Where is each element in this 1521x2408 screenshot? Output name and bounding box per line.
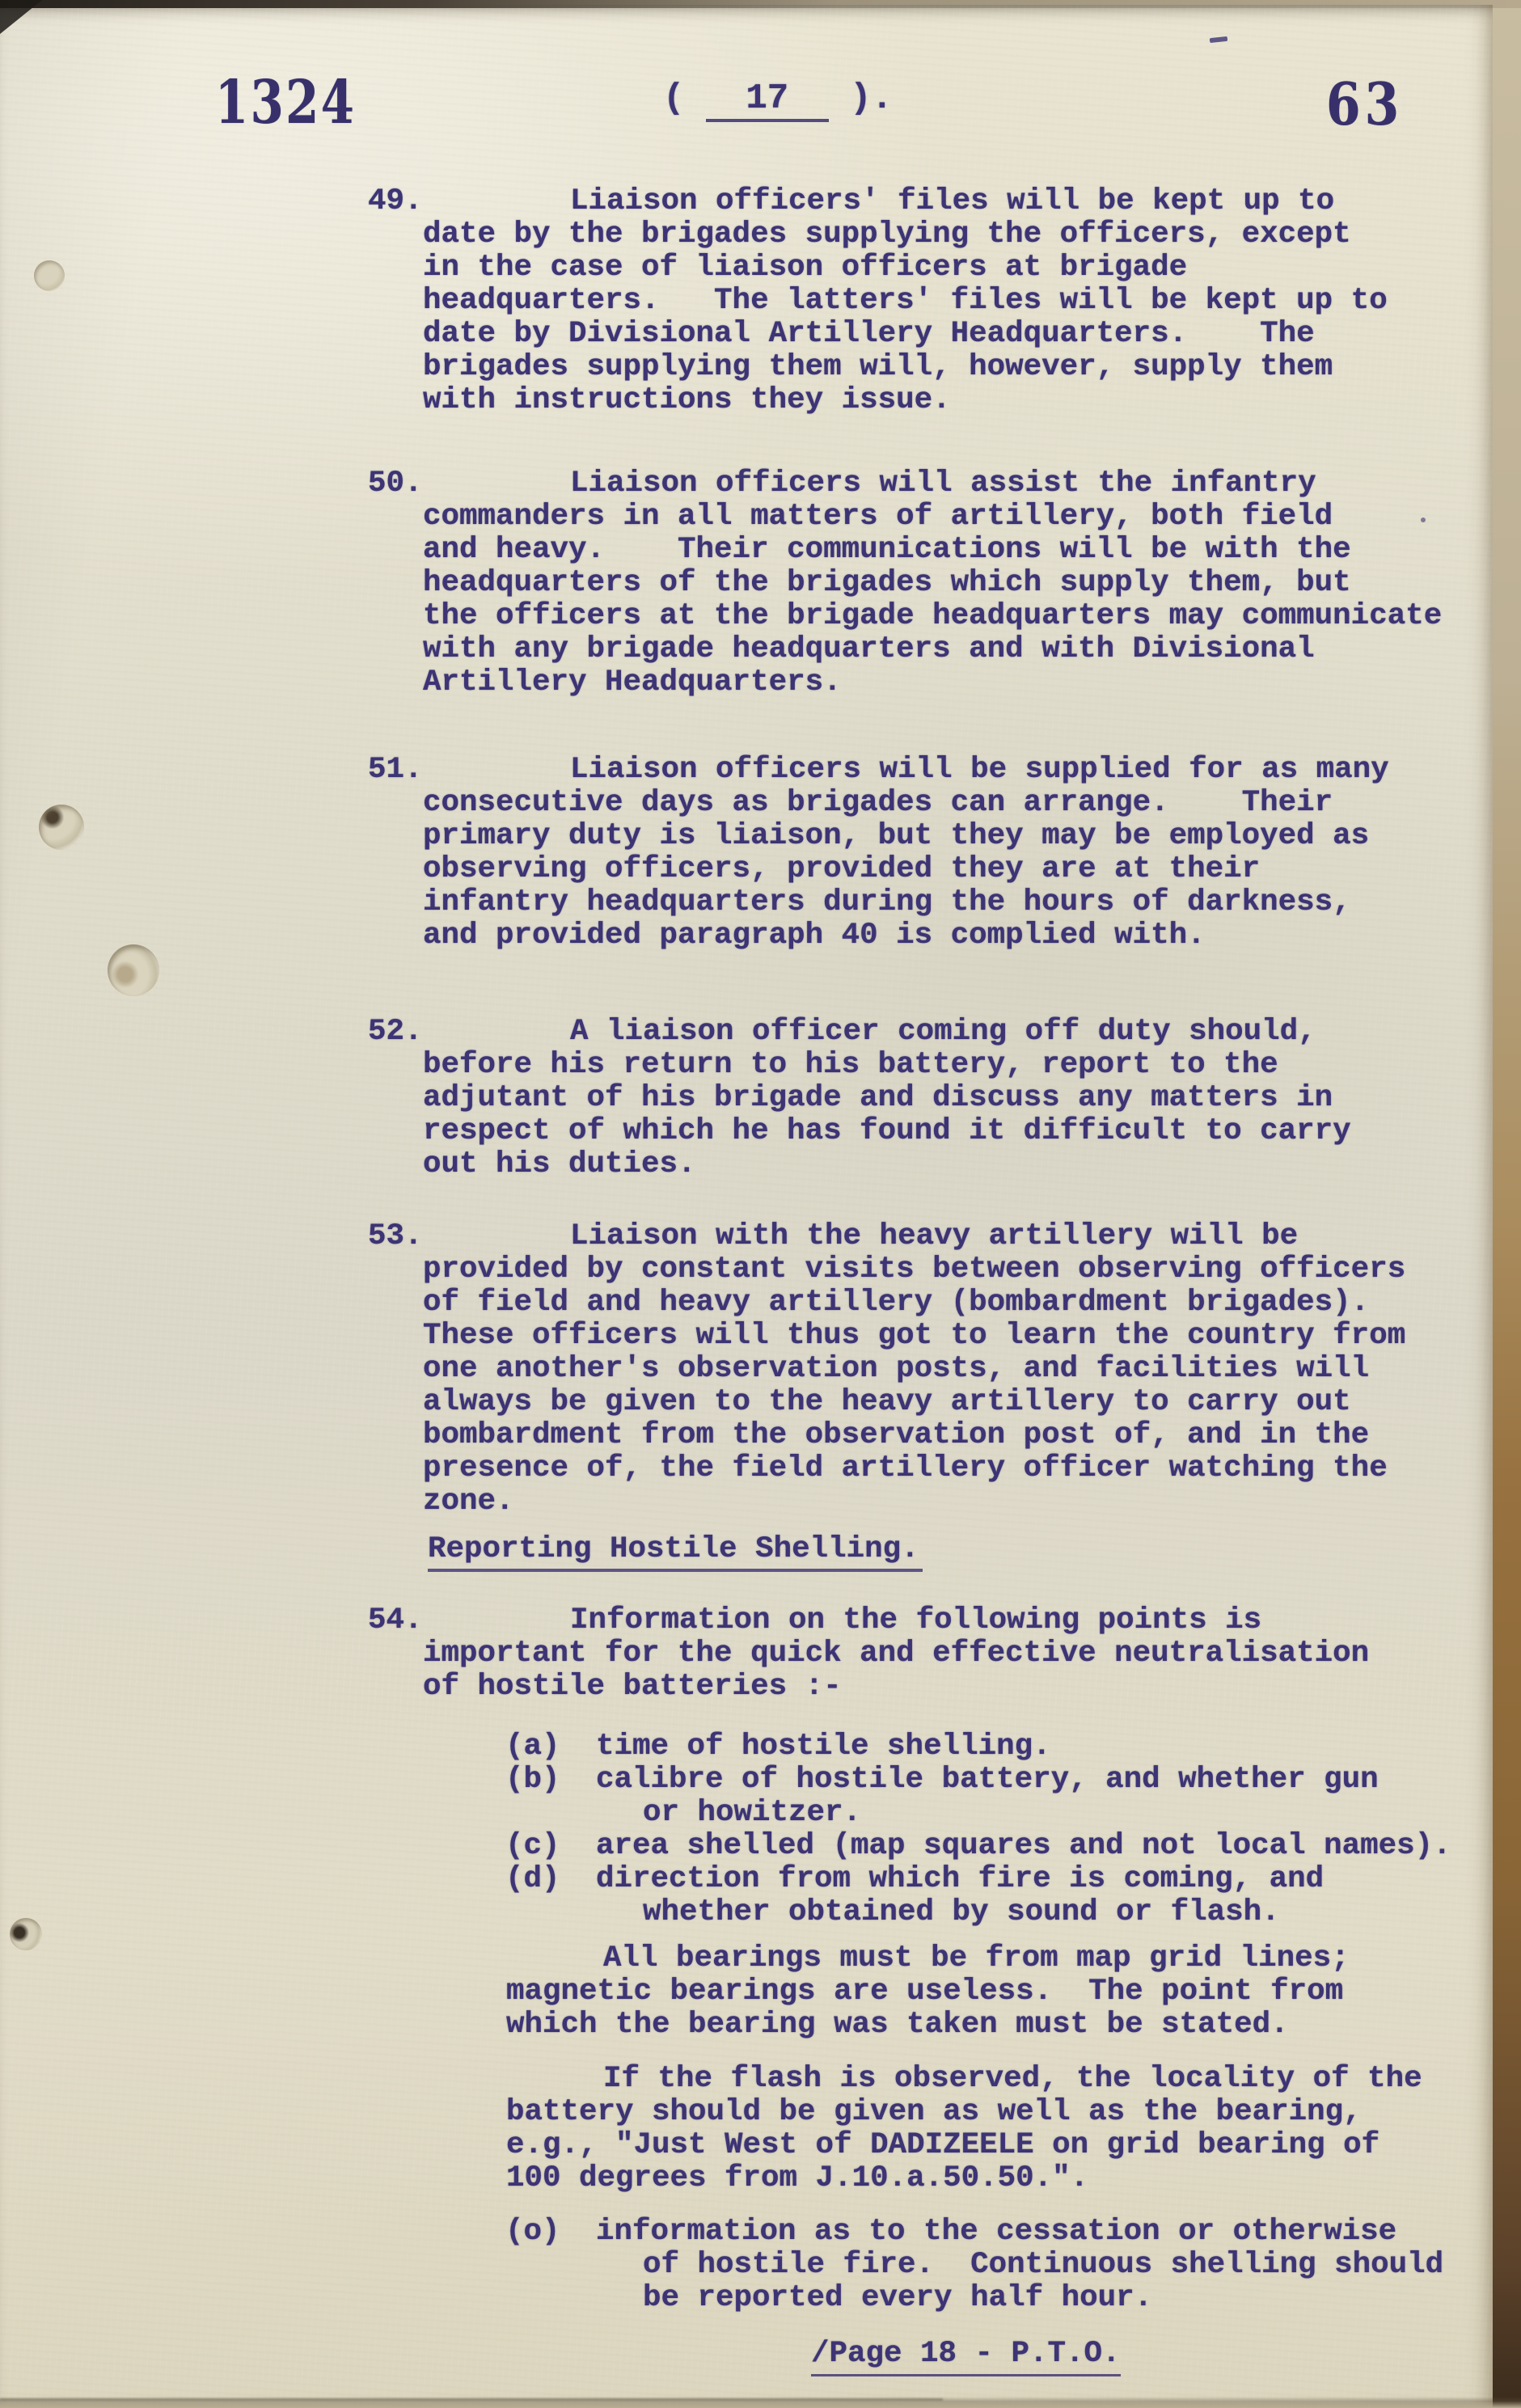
section-heading-text: Reporting Hostile Shelling. [428,1532,923,1572]
typed-line: of hostile batteries :- [423,1671,1490,1704]
typed-line: be reported every half hour. [596,2282,1521,2315]
typed-line: brigades supplying them will, however, s… [423,351,1490,384]
typed-line: headquarters of the brigades which suppl… [423,567,1490,600]
ink-speck [608,1263,612,1270]
typed-line: headquarters. The latters' files will be… [423,285,1490,318]
typed-line: of field and heavy artillery (bombardmen… [423,1286,1490,1320]
paragraph-number: 50. [368,467,423,501]
paragraph-number: 49. [368,185,423,218]
ink-speck [1421,518,1426,522]
typed-line: zone. [423,1485,1490,1519]
list-item: (d)direction from which fire is coming, … [596,1863,1521,1929]
typed-line: Information on the following points is [423,1604,1490,1637]
typed-line: Liaison officers will be supplied for as… [423,754,1490,787]
list-marker: (a) [505,1730,560,1764]
typed-line: and heavy. Their communications will be … [423,534,1490,567]
typed-paragraph: 50.Liaison officers will assist the infa… [423,467,1490,699]
typed-line: one another's observation posts, and fac… [423,1353,1490,1386]
typed-line: These officers will thus got to learn th… [423,1320,1490,1353]
paragraph-number: 54. [368,1604,423,1637]
typed-line: out his duties. [423,1148,1490,1181]
section-heading: Reporting Hostile Shelling. [428,1532,1495,1572]
typed-line: area shelled (map squares and not local … [596,1830,1521,1863]
list-item: (b)calibre of hostile battery, and wheth… [596,1764,1521,1830]
typed-line: with any brigade headquarters and with D… [423,633,1490,666]
typed-line: observing officers, provided they are at… [423,853,1490,886]
typed-subparagraph: All bearings must be from map grid lines… [506,1942,1521,2042]
typed-line: calibre of hostile battery, and whether … [596,1764,1521,1797]
list-marker: (d) [505,1863,560,1896]
typed-line: Liaison officers' files will be kept up … [423,185,1490,218]
list-item: (a)time of hostile shelling. [596,1730,1521,1764]
paragraph-number: 53. [368,1220,423,1253]
typed-line: infantry headquarters during the hours o… [423,886,1490,919]
typed-line: of hostile fire. Continuous shelling sho… [596,2249,1521,2282]
typed-paragraph: 53.Liaison with the heavy artillery will… [423,1220,1490,1519]
typed-line: which the bearing was taken must be stat… [506,2009,1521,2042]
typed-paragraph: 54.Information on the following points i… [423,1604,1490,1704]
typed-line: with instructions they issue. [423,384,1490,417]
scanned-document-photo: { "page": { "stamp_left": "1324", "page_… [0,0,1521,2408]
list-marker: (c) [505,1830,560,1863]
typed-line: battery should be given as well as the b… [506,2096,1521,2129]
page-bottom-edge [0,2397,1521,2408]
typed-line: time of hostile shelling. [596,1730,1521,1764]
typed-line: Liaison officers will assist the infantr… [423,467,1490,501]
typed-line: Liaison with the heavy artillery will be [423,1220,1490,1253]
paragraph-number: 52. [368,1016,423,1049]
typed-paragraph: 52.A liaison officer coming off duty sho… [423,1016,1490,1181]
typed-line: information as to the cessation or other… [596,2216,1521,2249]
list-marker: (b) [505,1764,560,1797]
typed-line: direction from which fire is coming, and [596,1863,1521,1896]
typed-line: All bearings must be from map grid lines… [506,1942,1521,1975]
typed-line: 100 degrees from J.10.a.50.50.". [506,2162,1521,2195]
typed-line: If the flash is observed, the locality o… [506,2063,1521,2096]
typed-line: whether obtained by sound or flash. [596,1896,1521,1929]
list-marker: (o) [505,2216,560,2249]
typed-line: in the case of liaison officers at briga… [423,251,1490,285]
typed-subparagraph: If the flash is observed, the locality o… [506,2063,1521,2195]
typed-line: date by Divisional Artillery Headquarter… [423,318,1490,351]
typed-line: Artillery Headquarters. [423,666,1490,699]
page-footer: /Page 18 - P.T.O. [811,2338,1121,2376]
typed-line: before his return to his battery, report… [423,1049,1490,1082]
typed-paragraph: 51.Liaison officers will be supplied for… [423,754,1490,953]
typed-line: or howitzer. [596,1797,1521,1830]
typed-line: magnetic bearings are useless. The point… [506,1975,1521,2009]
typed-line: adjutant of his brigade and discuss any … [423,1082,1490,1115]
paragraph-number: 51. [368,754,423,787]
list-item: (o)information as to the cessation or ot… [596,2216,1521,2315]
typed-line: the officers at the brigade headquarters… [423,600,1490,633]
typed-line: important for the quick and effective ne… [423,1637,1490,1671]
typed-text-layer: 49.Liaison officers' files will be kept … [0,0,1521,2408]
typed-line: provided by constant visits between obse… [423,1253,1490,1286]
typed-line: always be given to the heavy artillery t… [423,1386,1490,1419]
typed-line: bombardment from the observation post of… [423,1419,1490,1452]
typed-line: primary duty is liaison, but they may be… [423,820,1490,853]
typed-line: consecutive days as brigades can arrange… [423,787,1490,820]
typed-line: respect of which he has found it difficu… [423,1115,1490,1148]
list-item: (c)area shelled (map squares and not loc… [596,1830,1521,1863]
typed-line: date by the brigades supplying the offic… [423,218,1490,251]
typed-paragraph: 49.Liaison officers' files will be kept … [423,185,1490,417]
typed-line: A liaison officer coming off duty should… [423,1016,1490,1049]
typed-line: e.g., "Just West of DADIZEELE on grid be… [506,2129,1521,2162]
typed-line: and provided paragraph 40 is complied wi… [423,919,1490,953]
typed-line: commanders in all matters of artillery, … [423,501,1490,534]
page-top-shadow [0,0,1521,8]
typed-line: presence of, the field artillery officer… [423,1452,1490,1485]
